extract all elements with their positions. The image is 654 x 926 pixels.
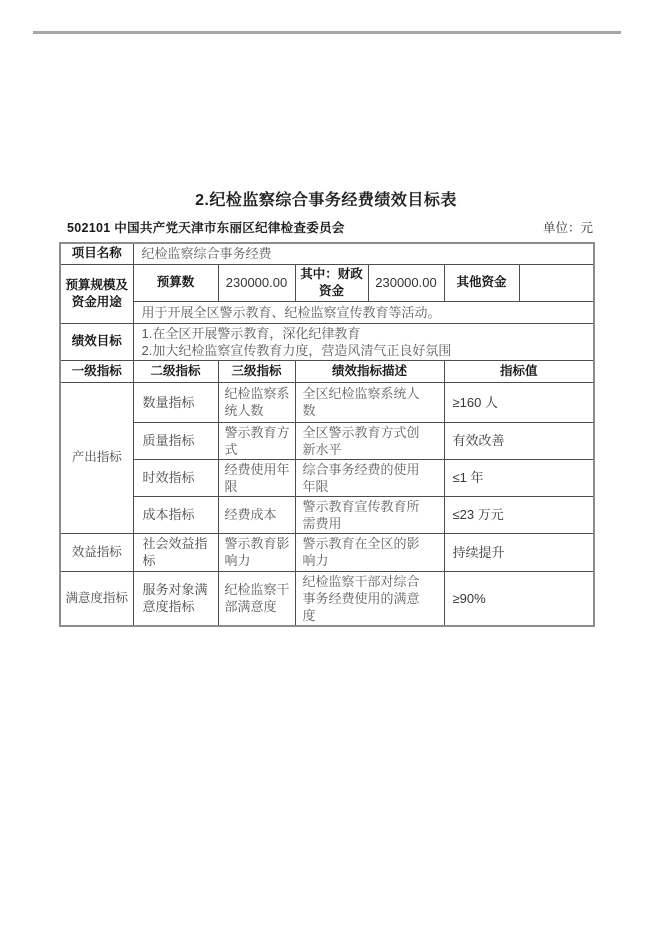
cell-project-name-value: 纪检监察综合事务经费: [133, 243, 594, 264]
cell-description: 全区纪检监察系统人数: [295, 382, 444, 422]
cell-description: 纪检监察干部对综合事务经费使用的满意度: [295, 571, 444, 626]
table-row: 绩效目标 1.在全区开展警示教育，深化纪律教育 2.加大纪检监察宣传教育力度，营…: [60, 323, 594, 360]
cell-target-value: ≤23 万元: [444, 496, 594, 533]
cell-fiscal-funds-label: 其中：财政资金: [295, 264, 368, 301]
cell-budget-number-label: 预算数: [133, 264, 218, 301]
performance-target-table: 项目名称 纪检监察综合事务经费 预算规模及资金用途 预算数 230000.00 …: [59, 242, 595, 627]
cell-description: 全区警示教育方式创新水平: [295, 422, 444, 459]
cell-performance-goal-value: 1.在全区开展警示教育，深化纪律教育 2.加大纪检监察宣传教育力度，营造风清气正…: [133, 323, 594, 360]
cell-project-name-label: 项目名称: [60, 243, 133, 264]
col-header-value: 指标值: [444, 360, 594, 382]
unit-label: 单位：元: [543, 221, 593, 236]
table-row: 预算规模及资金用途 预算数 230000.00 其中：财政资金 230000.0…: [60, 264, 594, 301]
table-row: 满意度指标 服务对象满意度指标 纪检监察干部满意度 纪检监察干部对综合事务经费使…: [60, 571, 594, 626]
cell-level2: 社会效益指标: [133, 533, 218, 571]
cell-level3: 纪检监察系统人数: [218, 382, 295, 422]
performance-goal-line: 1.在全区开展警示教育，深化纪律教育: [142, 325, 588, 342]
org-code-name: 502101 中国共产党天津市东丽区纪律检查委员会: [59, 221, 345, 236]
table-row: 时效指标 经费使用年限 综合事务经费的使用年限 ≤1 年: [60, 459, 594, 496]
cell-level1-satisfaction: 满意度指标: [60, 571, 133, 626]
cell-level3: 经费成本: [218, 496, 295, 533]
cell-target-value: ≤1 年: [444, 459, 594, 496]
cell-target-value: ≥160 人: [444, 382, 594, 422]
cell-target-value: 有效改善: [444, 422, 594, 459]
table-row: 质量指标 警示教育方式 全区警示教育方式创新水平 有效改善: [60, 422, 594, 459]
performance-goal-line: 2.加大纪检监察宣传教育力度，营造风清气正良好氛围: [142, 342, 588, 359]
cell-budget-number-value: 230000.00: [218, 264, 295, 301]
cell-other-funds-label: 其他资金: [444, 264, 519, 301]
cell-level3: 警示教育影响力: [218, 533, 295, 571]
cell-description: 综合事务经费的使用年限: [295, 459, 444, 496]
cell-target-value: 持续提升: [444, 533, 594, 571]
table-row: 效益指标 社会效益指标 警示教育影响力 警示教育在全区的影响力 持续提升: [60, 533, 594, 571]
cell-level2: 服务对象满意度指标: [133, 571, 218, 626]
cell-description: 警示教育宣传教育所需费用: [295, 496, 444, 533]
page-header-rule: [33, 31, 621, 34]
meta-line: 502101 中国共产党天津市东丽区纪律检查委员会 单位：元: [59, 221, 593, 236]
page-title: 2.纪检监察综合事务经费绩效目标表: [59, 190, 593, 211]
cell-level2: 质量指标: [133, 422, 218, 459]
table-row: 产出指标 数量指标 纪检监察系统人数 全区纪检监察系统人数 ≥160 人: [60, 382, 594, 422]
col-header-description: 绩效指标描述: [295, 360, 444, 382]
cell-level2: 时效指标: [133, 459, 218, 496]
cell-budget-section-label: 预算规模及资金用途: [60, 264, 133, 323]
col-header-level3: 三级指标: [218, 360, 295, 382]
cell-performance-goal-label: 绩效目标: [60, 323, 133, 360]
cell-level2: 数量指标: [133, 382, 218, 422]
cell-level1-output: 产出指标: [60, 382, 133, 533]
cell-level3: 经费使用年限: [218, 459, 295, 496]
table-row: 成本指标 经费成本 警示教育宣传教育所需费用 ≤23 万元: [60, 496, 594, 533]
col-header-level1: 一级指标: [60, 360, 133, 382]
cell-fund-usage: 用于开展全区警示教育、纪检监察宣传教育等活动。: [133, 301, 594, 323]
document-content: 2.纪检监察综合事务经费绩效目标表 502101 中国共产党天津市东丽区纪律检查…: [59, 190, 593, 627]
document-page: 2.纪检监察综合事务经费绩效目标表 502101 中国共产党天津市东丽区纪律检查…: [0, 0, 654, 926]
table-row: 用于开展全区警示教育、纪检监察宣传教育等活动。: [60, 301, 594, 323]
table-header-row: 一级指标 二级指标 三级指标 绩效指标描述 指标值: [60, 360, 594, 382]
col-header-level2: 二级指标: [133, 360, 218, 382]
cell-other-funds-value: [519, 264, 594, 301]
cell-level2: 成本指标: [133, 496, 218, 533]
cell-fiscal-funds-value: 230000.00: [368, 264, 444, 301]
cell-description: 警示教育在全区的影响力: [295, 533, 444, 571]
cell-level3: 警示教育方式: [218, 422, 295, 459]
cell-level3: 纪检监察干部满意度: [218, 571, 295, 626]
table-row: 项目名称 纪检监察综合事务经费: [60, 243, 594, 264]
cell-target-value: ≥90%: [444, 571, 594, 626]
cell-level1-benefit: 效益指标: [60, 533, 133, 571]
